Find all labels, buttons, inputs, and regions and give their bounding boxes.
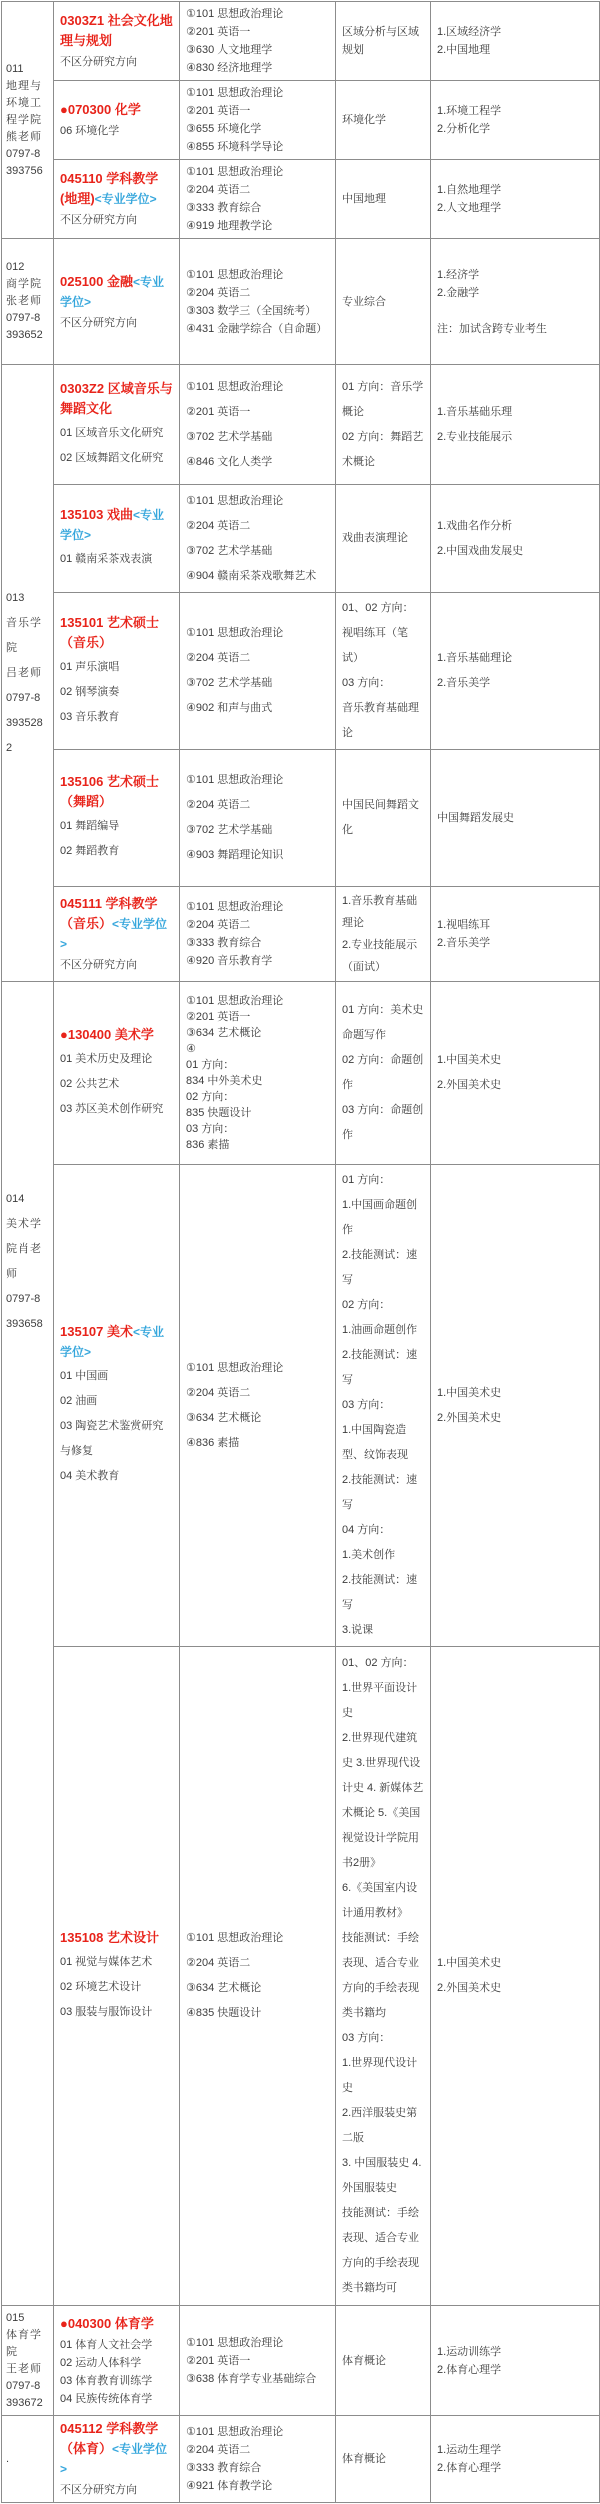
addtest-cell: 1.中国美术史2.外国美术史 (431, 982, 600, 1165)
college-line: 程学院 (6, 112, 49, 129)
exam-subject: ②204 英语二 (186, 514, 329, 539)
subjects-cell: ①101 思想政治理论②204 英语二③333 教育综合④919 地理教学论 (180, 160, 336, 239)
table-row: 135107 美术<专业学位>01 中国画02 油画03 陶瓷艺术鉴赏研究与修复… (2, 1165, 600, 1647)
retest-cell: 专业综合 (336, 239, 431, 365)
college-line: 院 (6, 2344, 49, 2361)
college-line: 0797-8 (6, 310, 49, 327)
table-row: 045111 学科教学（音乐）<专业学位>不区分研究方向①101 思想政治理论②… (2, 887, 600, 982)
exam-subject: ①101 思想政治理论 (186, 1356, 329, 1381)
major-code: ●130400 美术学 (60, 1027, 154, 1042)
college-line: 音乐学 (6, 611, 49, 636)
major-direction: 03 苏区美术创作研究 (60, 1097, 173, 1122)
college-cell: . (2, 2416, 54, 2503)
admissions-table-body: 011地理与环境工程学院熊老师0797-83937560303Z1 社会文化地理… (2, 2, 600, 2503)
table-row: 135108 艺术设计01 视觉与媒体艺术02 环境艺术设计03 服装与服饰设计… (2, 1647, 600, 2306)
exam-subject: ①101 思想政治理论 (186, 993, 329, 1009)
college-cell: 015体育学院王老师0797-8393672 (2, 2306, 54, 2416)
table-row: 015体育学院王老师0797-8393672●040300 体育学01 体育人文… (2, 2306, 600, 2416)
exam-subject: ③634 艺术概论 (186, 1406, 329, 1431)
table-row: 011地理与环境工程学院熊老师0797-83937560303Z1 社会文化地理… (2, 2, 600, 81)
table-row: 013音乐学院吕老师0797-839352820303Z2 区域音乐与舞蹈文化0… (2, 365, 600, 485)
retest-cell: 01 方向：1.中国画命题创作2.技能测试：速写02 方向：1.油画命题创作2.… (336, 1165, 431, 1647)
retest-subject: 2.专业技能展示（面试） (342, 934, 424, 978)
exam-subject: 836 素描 (186, 1137, 329, 1153)
retest-subject: 2.西洋服装史第二版 (342, 2101, 424, 2151)
retest-subject: 1.美术创作 (342, 1543, 424, 1568)
additional-subject: 1.音乐基础理论 (437, 646, 593, 671)
college-line: 熊老师 (6, 129, 49, 146)
retest-subject: 2.技能测试：速写 (342, 1468, 424, 1518)
major-direction: 03 体育教育训练学 (60, 2372, 173, 2390)
degree-tag: <专业学位> (95, 192, 157, 206)
exam-subject: ③333 教育综合 (186, 934, 329, 952)
exam-subject: ②204 英语二 (186, 646, 329, 671)
major-direction: 04 民族传统体育学 (60, 2390, 173, 2408)
major-cell: 0303Z1 社会文化地理与规划不区分研究方向 (54, 2, 180, 81)
addtest-cell: 中国舞蹈发展史 (431, 750, 600, 887)
exam-subject: ③638 体育学专业基础综合 (186, 2370, 329, 2388)
exam-subject: ②204 英语二 (186, 916, 329, 934)
retest-subject: 02 方向：命题创作 (342, 1048, 424, 1098)
major-code: 0303Z1 社会文化地理与规划 (60, 13, 173, 48)
major-code: 135103 戏曲 (60, 507, 133, 522)
exam-subject: ①101 思想政治理论 (186, 2334, 329, 2352)
major-direction: 01 视觉与媒体艺术 (60, 1950, 173, 1975)
exam-subject: 03 方向： (186, 1121, 329, 1137)
table-row: 135101 艺术硕士（音乐）01 声乐演唱02 钢琴演奏03 音乐教育①101… (2, 593, 600, 750)
retest-subject: 环境化学 (342, 111, 424, 129)
exam-subject: ④846 文化人类学 (186, 450, 329, 475)
college-line: 014 (6, 1187, 49, 1212)
retest-subject: 01、02 方向： (342, 1651, 424, 1676)
retest-subject: 03 方向： (342, 2026, 424, 2051)
subjects-cell: ①101 思想政治理论②204 英语二③333 教育综合④920 音乐教育学 (180, 887, 336, 982)
major-code: 025100 金融 (60, 274, 133, 289)
major-title: 045110 学科教学(地理)<专业学位> (60, 169, 173, 209)
exam-subject: ③702 艺术学基础 (186, 539, 329, 564)
exam-subject: ④835 快题设计 (186, 2001, 329, 2026)
major-cell: 135103 戏曲<专业学位>01 赣南采茶戏表演 (54, 485, 180, 593)
major-title: ●130400 美术学 (60, 1025, 173, 1045)
major-direction: 02 舞蹈教育 (60, 839, 173, 864)
additional-subject: 2.音乐美学 (437, 671, 593, 696)
major-direction: 不区分研究方向 (60, 2481, 173, 2499)
additional-subject: 1.视唱练耳 (437, 916, 593, 934)
exam-subject: ③634 艺术概论 (186, 1025, 329, 1041)
college-line: 美术学 (6, 1212, 49, 1237)
major-direction: 不区分研究方向 (60, 956, 173, 974)
addtest-cell: 1.区域经济学2.中国地理 (431, 2, 600, 81)
subjects-cell: ①101 思想政治理论②201 英语一③630 人文地理学④830 经济地理学 (180, 2, 336, 81)
retest-cell: 1.音乐教育基础理论2.专业技能展示（面试） (336, 887, 431, 982)
major-direction: 02 运动人体科学 (60, 2354, 173, 2372)
additional-subject (437, 302, 593, 320)
major-direction: 03 陶瓷艺术鉴赏研究与修复 (60, 1414, 173, 1464)
exam-subject: ④902 和声与曲式 (186, 696, 329, 721)
exam-subject: ②201 英语一 (186, 400, 329, 425)
exam-subject: ③655 环境化学 (186, 120, 329, 138)
retest-subject: 2.技能测试：速写 (342, 1243, 424, 1293)
subjects-cell: ①101 思想政治理论②201 英语一③634 艺术概论④01 方向：834 中… (180, 982, 336, 1165)
college-line: 393528 (6, 711, 49, 736)
addtest-cell: 1.视唱练耳2.音乐美学 (431, 887, 600, 982)
additional-subject: 2.中国戏曲发展史 (437, 539, 593, 564)
additional-subject: 1.区域经济学 (437, 23, 593, 41)
major-cell: 025100 金融<专业学位>不区分研究方向 (54, 239, 180, 365)
college-line: 0797-8 (6, 1287, 49, 1312)
retest-subject: 1.世界现代设计史 (342, 2051, 424, 2101)
subjects-cell: ①101 思想政治理论②204 英语二③634 艺术概论④835 快题设计 (180, 1647, 336, 2306)
college-line: 393658 (6, 1312, 49, 1337)
retest-subject: 01 方向：音乐学概论 (342, 375, 424, 425)
college-line: 0797-8 (6, 686, 49, 711)
exam-subject: ③333 教育综合 (186, 199, 329, 217)
addtest-cell: 1.环境工程学2.分析化学 (431, 81, 600, 160)
college-line: 王老师 (6, 2361, 49, 2378)
college-cell: 011地理与环境工程学院熊老师0797-8393756 (2, 2, 54, 239)
major-cell: 135107 美术<专业学位>01 中国画02 油画03 陶瓷艺术鉴赏研究与修复… (54, 1165, 180, 1647)
major-title: 135101 艺术硕士（音乐） (60, 613, 173, 653)
college-line: 吕老师 (6, 661, 49, 686)
retest-subject: 区域分析与区域规划 (342, 23, 424, 59)
major-cell: 045112 学科教学（体育）<专业学位>不区分研究方向 (54, 2416, 180, 2503)
retest-subject: 1.中国陶瓷造型、纹饰表现 (342, 1418, 424, 1468)
exam-subject: ③702 艺术学基础 (186, 425, 329, 450)
table-row: ●070300 化学06 环境化学①101 思想政治理论②201 英语一③655… (2, 81, 600, 160)
subjects-cell: ①101 思想政治理论②204 英语二③333 教育综合④921 体育教学论 (180, 2416, 336, 2503)
exam-subject: ①101 思想政治理论 (186, 163, 329, 181)
major-direction: 01 舞蹈编导 (60, 814, 173, 839)
exam-subject: ②204 英语二 (186, 284, 329, 302)
exam-subject: 01 方向： (186, 1057, 329, 1073)
major-title: 045112 学科教学（体育）<专业学位> (60, 2419, 173, 2479)
major-direction: 01 声乐演唱 (60, 655, 173, 680)
major-direction: 不区分研究方向 (60, 314, 173, 332)
additional-subject: 1.中国美术史 (437, 1951, 593, 1976)
additional-subject: 2.外国美术史 (437, 1073, 593, 1098)
subjects-cell: ①101 思想政治理论②201 英语一③638 体育学专业基础综合 (180, 2306, 336, 2416)
exam-subject: ④431 金融学综合（自命题） (186, 320, 329, 338)
additional-subject: 2.体育心理学 (437, 2361, 593, 2379)
retest-cell: 01 方向：美术史命题写作02 方向：命题创作03 方向：命题创作 (336, 982, 431, 1165)
exam-subject: 02 方向： (186, 1089, 329, 1105)
additional-subject: 中国舞蹈发展史 (437, 806, 593, 831)
additional-subject: 2.人文地理学 (437, 199, 593, 217)
major-title: ●070300 化学 (60, 100, 173, 120)
retest-cell: 中国地理 (336, 160, 431, 239)
subjects-cell: ①101 思想政治理论②201 英语一③655 环境化学④855 环境科学导论 (180, 81, 336, 160)
exam-subject: ①101 思想政治理论 (186, 489, 329, 514)
subjects-cell: ①101 思想政治理论②204 英语二③702 艺术学基础④902 和声与曲式 (180, 593, 336, 750)
additional-subject: 1.中国美术史 (437, 1048, 593, 1073)
major-direction: 01 中国画 (60, 1364, 173, 1389)
exam-subject: ②201 英语一 (186, 1009, 329, 1025)
retest-cell: 01 方向：音乐学概论02 方向：舞蹈艺术概论 (336, 365, 431, 485)
college-cell: 013音乐学院吕老师0797-83935282 (2, 365, 54, 982)
addtest-cell: 1.运动生理学2.体育心理学 (431, 2416, 600, 2503)
major-code: ●040300 体育学 (60, 2316, 154, 2331)
major-cell: 135108 艺术设计01 视觉与媒体艺术02 环境艺术设计03 服装与服饰设计 (54, 1647, 180, 2306)
retest-subject: 中国民间舞蹈文化 (342, 793, 424, 843)
retest-subject: 技能测试：手绘表现、适合专业方向的手绘表现类书籍均 (342, 1926, 424, 2026)
exam-subject: ②201 英语一 (186, 2352, 329, 2370)
college-line: 015 (6, 2310, 49, 2327)
additional-subject: 1.经济学 (437, 266, 593, 284)
retest-cell: 体育概论 (336, 2306, 431, 2416)
exam-subject: ④903 舞蹈理论知识 (186, 843, 329, 868)
major-cell: 045111 学科教学（音乐）<专业学位>不区分研究方向 (54, 887, 180, 982)
retest-subject: 3.说课 (342, 1618, 424, 1643)
retest-cell: 体育概论 (336, 2416, 431, 2503)
additional-subject: 1.运动训练学 (437, 2343, 593, 2361)
additional-subject: 2.音乐美学 (437, 934, 593, 952)
college-line: 地理与 (6, 78, 49, 95)
addtest-cell: 1.运动训练学2.体育心理学 (431, 2306, 600, 2416)
exam-subject: ③333 教育综合 (186, 2459, 329, 2477)
exam-subject: 835 快题设计 (186, 1105, 329, 1121)
addtest-cell: 1.音乐基础乐理2.专业技能展示 (431, 365, 600, 485)
retest-subject: 1.音乐教育基础理论 (342, 890, 424, 934)
major-cell: 135101 艺术硕士（音乐）01 声乐演唱02 钢琴演奏03 音乐教育 (54, 593, 180, 750)
table-row: 135103 戏曲<专业学位>01 赣南采茶戏表演①101 思想政治理论②204… (2, 485, 600, 593)
exam-subject: ②201 英语一 (186, 102, 329, 120)
exam-subject: ③702 艺术学基础 (186, 818, 329, 843)
college-line: 商学院 (6, 276, 49, 293)
major-code: 0303Z2 区域音乐与舞蹈文化 (60, 381, 173, 416)
retest-subject: 体育概论 (342, 2450, 424, 2468)
major-direction: 02 油画 (60, 1389, 173, 1414)
exam-subject: ④921 体育教学论 (186, 2477, 329, 2495)
additional-subject: 1.运动生理学 (437, 2441, 593, 2459)
exam-subject: ③702 艺术学基础 (186, 671, 329, 696)
additional-subject: 1.环境工程学 (437, 102, 593, 120)
retest-subject: 中国地理 (342, 190, 424, 208)
college-cell: 012商学院张老师0797-8393652 (2, 239, 54, 365)
addtest-cell: 1.音乐基础理论2.音乐美学 (431, 593, 600, 750)
major-direction: 06 环境化学 (60, 122, 173, 140)
additional-subject: 1.自然地理学 (437, 181, 593, 199)
retest-subject: 2.技能测试：速写 (342, 1343, 424, 1393)
exam-subject: ④836 素描 (186, 1431, 329, 1456)
exam-subject: ③630 人文地理学 (186, 41, 329, 59)
table-row: 135106 艺术硕士（舞蹈）01 舞蹈编导02 舞蹈教育①101 思想政治理论… (2, 750, 600, 887)
major-cell: 045110 学科教学(地理)<专业学位>不区分研究方向 (54, 160, 180, 239)
major-title: 0303Z1 社会文化地理与规划 (60, 11, 173, 51)
exam-subject: ②204 英语二 (186, 793, 329, 818)
exam-subject: ④904 赣南采茶戏歌舞艺术 (186, 564, 329, 589)
exam-subject: ①101 思想政治理论 (186, 2423, 329, 2441)
retest-subject: 2.世界现代建筑史 3.世界现代设计史 4. 新媒体艺术概论 5.《美国视觉设计… (342, 1726, 424, 1876)
major-direction: 02 公共艺术 (60, 1072, 173, 1097)
major-direction: 02 环境艺术设计 (60, 1975, 173, 2000)
college-line: 0797-8 (6, 146, 49, 163)
exam-subject: 834 中外美术史 (186, 1073, 329, 1089)
major-direction: 01 美术历史及理论 (60, 1047, 173, 1072)
addtest-cell: 1.中国美术史2.外国美术史 (431, 1165, 600, 1647)
subjects-cell: ①101 思想政治理论②204 英语二③634 艺术概论④836 素描 (180, 1165, 336, 1647)
major-direction: 02 钢琴演奏 (60, 680, 173, 705)
additional-subject: 2.体育心理学 (437, 2459, 593, 2477)
college-line: 011 (6, 61, 49, 78)
major-title: 135107 美术<专业学位> (60, 1322, 173, 1362)
table-row: 014美术学院肖老师0797-8393658●130400 美术学01 美术历史… (2, 982, 600, 1165)
major-direction: 01 体育人文社会学 (60, 2336, 173, 2354)
major-title: 135108 艺术设计 (60, 1928, 173, 1948)
retest-subject: 戏曲表演理论 (342, 526, 424, 551)
college-line: 院肖老 (6, 1237, 49, 1262)
additional-subject: 2.专业技能展示 (437, 425, 593, 450)
admissions-catalog-table: 011地理与环境工程学院熊老师0797-83937560303Z1 社会文化地理… (1, 1, 600, 2503)
additional-subject: 注：加试含跨专业考生 (437, 320, 593, 338)
additional-subject: 2.分析化学 (437, 120, 593, 138)
exam-subject: ①101 思想政治理论 (186, 621, 329, 646)
major-cell: 135106 艺术硕士（舞蹈）01 舞蹈编导02 舞蹈教育 (54, 750, 180, 887)
major-title: 0303Z2 区域音乐与舞蹈文化 (60, 379, 173, 419)
retest-subject: 专业综合 (342, 293, 424, 311)
major-title: ●040300 体育学 (60, 2314, 173, 2334)
exam-subject: ②204 英语二 (186, 1951, 329, 1976)
college-line: 环境工 (6, 95, 49, 112)
subjects-cell: ①101 思想政治理论②201 英语一③702 艺术学基础④846 文化人类学 (180, 365, 336, 485)
retest-cell: 中国民间舞蹈文化 (336, 750, 431, 887)
additional-subject: 2.中国地理 (437, 41, 593, 59)
major-direction: 01 赣南采茶戏表演 (60, 547, 173, 572)
major-direction: 不区分研究方向 (60, 53, 173, 71)
addtest-cell: 1.中国美术史2.外国美术史 (431, 1647, 600, 2306)
retest-subject: 1.中国画命题创作 (342, 1193, 424, 1243)
retest-cell: 01、02 方向：1.世界平面设计史2.世界现代建筑史 3.世界现代设计史 4.… (336, 1647, 431, 2306)
exam-subject: ②204 英语二 (186, 2441, 329, 2459)
major-code: 135106 艺术硕士（舞蹈） (60, 774, 159, 809)
major-cell: ●070300 化学06 环境化学 (54, 81, 180, 160)
retest-subject: 01 方向： (342, 1168, 424, 1193)
table-row: 012商学院张老师0797-8393652025100 金融<专业学位>不区分研… (2, 239, 600, 365)
major-direction: 不区分研究方向 (60, 211, 173, 229)
additional-subject: 2.外国美术史 (437, 1406, 593, 1431)
retest-subject: 01、02 方向：视唱练耳（笔试） (342, 596, 424, 671)
major-title: 025100 金融<专业学位> (60, 272, 173, 312)
major-direction: 04 美术教育 (60, 1464, 173, 1489)
college-line: 张老师 (6, 293, 49, 310)
retest-subject: 1.世界平面设计史 (342, 1676, 424, 1726)
retest-cell: 戏曲表演理论 (336, 485, 431, 593)
major-cell: 0303Z2 区域音乐与舞蹈文化01 区域音乐文化研究02 区域舞蹈文化研究 (54, 365, 180, 485)
retest-subject: 音乐教育基础理论 (342, 696, 424, 746)
major-cell: ●040300 体育学01 体育人文社会学02 运动人体科学03 体育教育训练学… (54, 2306, 180, 2416)
retest-subject: 体育概论 (342, 2352, 424, 2370)
college-line: 393652 (6, 327, 49, 344)
major-direction: 02 区域舞蹈文化研究 (60, 446, 173, 471)
subjects-cell: ①101 思想政治理论②204 英语二③303 数学三（全国统考）④431 金融… (180, 239, 336, 365)
major-code: ●070300 化学 (60, 102, 141, 117)
addtest-cell: 1.自然地理学2.人文地理学 (431, 160, 600, 239)
major-cell: ●130400 美术学01 美术历史及理论02 公共艺术03 苏区美术创作研究 (54, 982, 180, 1165)
exam-subject: ①101 思想政治理论 (186, 898, 329, 916)
additional-subject: 1.戏曲名作分析 (437, 514, 593, 539)
major-title: 135106 艺术硕士（舞蹈） (60, 772, 173, 812)
college-line: . (6, 2451, 49, 2468)
exam-subject: ③634 艺术概论 (186, 1976, 329, 2001)
college-line: 体育学 (6, 2327, 49, 2344)
college-line: 2 (6, 736, 49, 761)
additional-subject: 1.中国美术史 (437, 1381, 593, 1406)
major-direction: 03 音乐教育 (60, 705, 173, 730)
retest-subject: 6.《美国室内设计通用教材》 (342, 1876, 424, 1926)
retest-subject: 2.技能测试：速写 (342, 1568, 424, 1618)
exam-subject: ①101 思想政治理论 (186, 266, 329, 284)
major-code: 135107 美术 (60, 1324, 133, 1339)
college-line: 012 (6, 259, 49, 276)
retest-subject: 1.油画命题创作 (342, 1318, 424, 1343)
retest-subject: 01 方向：美术史命题写作 (342, 998, 424, 1048)
college-line: 013 (6, 586, 49, 611)
exam-subject: ②204 英语二 (186, 181, 329, 199)
retest-subject: 04 方向： (342, 1518, 424, 1543)
exam-subject: ①101 思想政治理论 (186, 768, 329, 793)
college-cell: 014美术学院肖老师0797-8393658 (2, 982, 54, 2306)
exam-subject: ②201 英语一 (186, 23, 329, 41)
retest-cell: 环境化学 (336, 81, 431, 160)
subjects-cell: ①101 思想政治理论②204 英语二③702 艺术学基础④904 赣南采茶戏歌… (180, 485, 336, 593)
addtest-cell: 1.戏曲名作分析2.中国戏曲发展史 (431, 485, 600, 593)
college-line: 师 (6, 1262, 49, 1287)
retest-subject: 技能测试：手绘表现、适合专业方向的手绘表现类书籍均可 (342, 2201, 424, 2301)
exam-subject: ①101 思想政治理论 (186, 1926, 329, 1951)
retest-subject: 02 方向：舞蹈艺术概论 (342, 425, 424, 475)
admissions-catalog-page: 011地理与环境工程学院熊老师0797-83937560303Z1 社会文化地理… (0, 1, 600, 2503)
exam-subject: ④830 经济地理学 (186, 59, 329, 77)
additional-subject: 2.金融学 (437, 284, 593, 302)
major-code: 135101 艺术硕士（音乐） (60, 615, 159, 650)
college-line: 院 (6, 636, 49, 661)
exam-subject: ①101 思想政治理论 (186, 84, 329, 102)
subjects-cell: ①101 思想政治理论②204 英语二③702 艺术学基础④903 舞蹈理论知识 (180, 750, 336, 887)
exam-subject: ④920 音乐教育学 (186, 952, 329, 970)
exam-subject: ①101 思想政治理论 (186, 375, 329, 400)
retest-subject: 03 方向：命题创作 (342, 1098, 424, 1148)
table-row: .045112 学科教学（体育）<专业学位>不区分研究方向①101 思想政治理论… (2, 2416, 600, 2503)
exam-subject: ④855 环境科学导论 (186, 138, 329, 156)
major-title: 045111 学科教学（音乐）<专业学位> (60, 894, 173, 954)
retest-subject: 3. 中国服装史 4. 外国服装史 (342, 2151, 424, 2201)
addtest-cell: 1.经济学2.金融学 注：加试含跨专业考生 (431, 239, 600, 365)
retest-subject: 03 方向： (342, 671, 424, 696)
major-direction: 01 区域音乐文化研究 (60, 421, 173, 446)
exam-subject: ①101 思想政治理论 (186, 5, 329, 23)
major-title: 135103 戏曲<专业学位> (60, 505, 173, 545)
college-line: 393672 (6, 2395, 49, 2412)
exam-subject: ②204 英语二 (186, 1381, 329, 1406)
additional-subject: 1.音乐基础乐理 (437, 400, 593, 425)
major-code: 135108 艺术设计 (60, 1930, 159, 1945)
college-line: 0797-8 (6, 2378, 49, 2395)
additional-subject: 2.外国美术史 (437, 1976, 593, 2001)
major-direction: 03 服装与服饰设计 (60, 2000, 173, 2025)
exam-subject: ③303 数学三（全国统考） (186, 302, 329, 320)
retest-subject: 03 方向： (342, 1393, 424, 1418)
exam-subject: ④919 地理教学论 (186, 217, 329, 235)
college-line: 393756 (6, 163, 49, 180)
retest-cell: 区域分析与区域规划 (336, 2, 431, 81)
retest-subject: 02 方向： (342, 1293, 424, 1318)
exam-subject: ④ (186, 1041, 329, 1057)
retest-cell: 01、02 方向：视唱练耳（笔试）03 方向：音乐教育基础理论 (336, 593, 431, 750)
table-row: 045110 学科教学(地理)<专业学位>不区分研究方向①101 思想政治理论②… (2, 160, 600, 239)
